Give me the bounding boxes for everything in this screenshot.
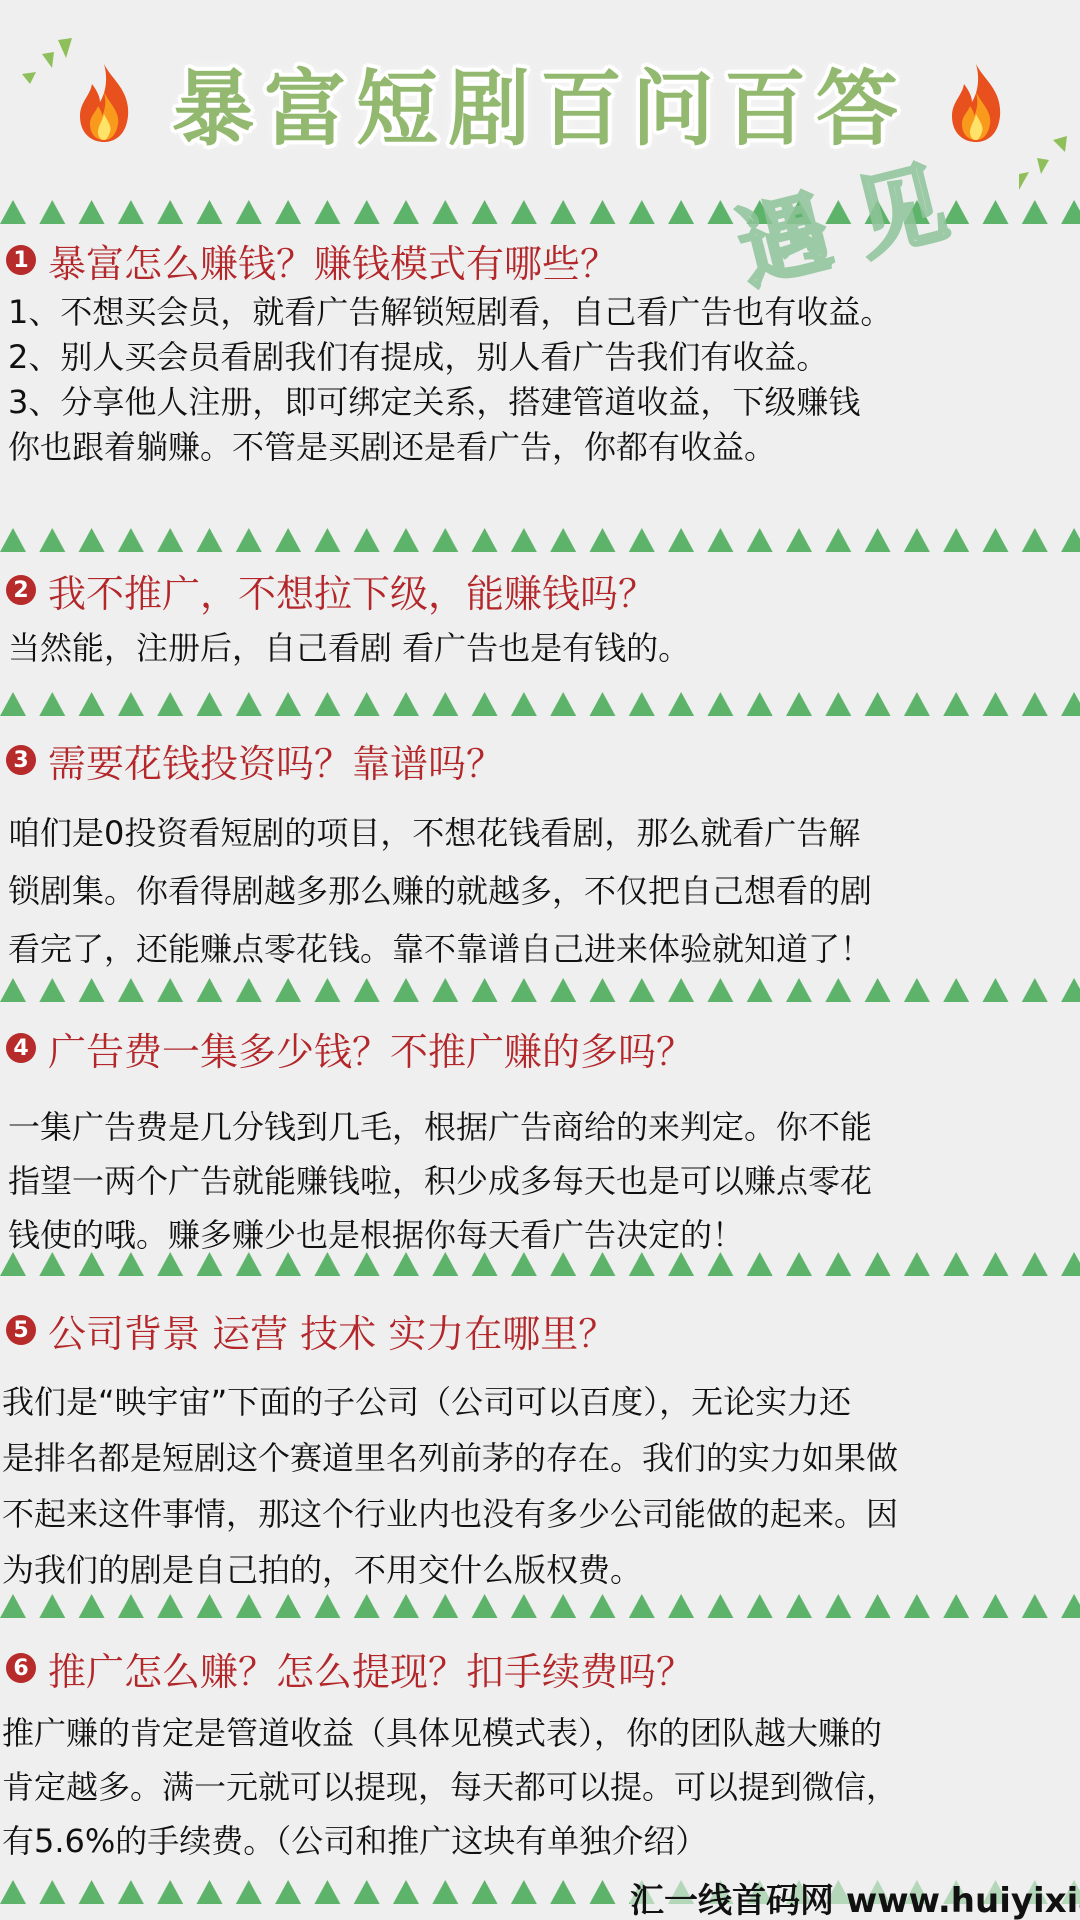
question-text: 暴富怎么赚钱？赚钱模式有哪些？: [48, 233, 618, 288]
question-row: 3 需要花钱投资吗？靠谱吗？: [0, 730, 1080, 790]
answer-line: 1、不想买会员，就看广告解锁短剧看，自己看广告也有收益。: [8, 290, 1072, 335]
answer-line: 2、别人买会员看剧我们有提成，别人看广告我们有收益。: [8, 335, 1072, 380]
answer-line: 为我们的剧是自己拍的，不用交什么版权费。: [2, 1542, 1072, 1598]
number-badge: 4: [6, 1033, 36, 1063]
triangle-divider: [0, 526, 1080, 552]
answer-line: 3、分享他人注册，即可绑定关系，搭建管道收益，下级赚钱: [8, 380, 1072, 425]
answer-line: 肯定越多。满一元就可以提现，每天都可以提。可以提到微信，: [2, 1760, 1072, 1814]
triangle-divider: [0, 198, 1080, 224]
answer-line: 有5.6%的手续费。（公司和推广这块有单独介绍）: [2, 1814, 1072, 1868]
answer-line: 推广赚的肯定是管道收益（具体见模式表），你的团队越大赚的: [2, 1706, 1072, 1760]
answer-line: 你也跟着躺赚。不管是买剧还是看广告，你都有收益。: [8, 425, 1072, 470]
answer-line: 当然能，注册后，自己看剧 看广告也是有钱的。: [8, 626, 1072, 671]
answer-text: 当然能，注册后，自己看剧 看广告也是有钱的。: [0, 626, 1080, 671]
number-badge: 6: [6, 1653, 36, 1683]
question-text: 推广怎么赚？怎么提现？扣手续费吗？: [48, 1641, 694, 1696]
answer-text: 一集广告费是几分钱到几毛，根据广告商给的来判定。你不能 指望一两个广告就能赚钱啦…: [0, 1100, 1080, 1262]
fire-icon: [944, 62, 1008, 144]
fire-icon: [72, 62, 136, 144]
sparkle-icon: [14, 18, 74, 88]
faq-section-1: 1 暴富怎么赚钱？赚钱模式有哪些？ 1、不想买会员，就看广告解锁短剧看，自己看广…: [0, 230, 1080, 470]
question-row: 1 暴富怎么赚钱？赚钱模式有哪些？: [0, 230, 1080, 290]
answer-line: 不起来这件事情，那这个行业内也没有多少公司能做的起来。因: [2, 1486, 1072, 1542]
answer-line: 看完了，还能赚点零花钱。靠不靠谱自己进来体验就知道了！: [8, 920, 1072, 978]
answer-text: 1、不想买会员，就看广告解锁短剧看，自己看广告也有收益。 2、别人买会员看剧我们…: [0, 290, 1080, 470]
answer-text: 咱们是0投资看短剧的项目，不想花钱看剧，那么就看广告解 锁剧集。你看得剧越多那么…: [0, 804, 1080, 978]
number-badge: 3: [6, 745, 36, 775]
answer-text: 我们是“映宇宙”下面的子公司（公司可以百度），无论实力还 是排名都是短剧这个赛道…: [0, 1374, 1080, 1598]
triangle-divider: [0, 690, 1080, 716]
question-text: 需要花钱投资吗？靠谱吗？: [48, 733, 504, 788]
question-text: 我不推广，不想拉下级，能赚钱吗？: [48, 563, 656, 618]
question-row: 6 推广怎么赚？怎么提现？扣手续费吗？: [0, 1638, 1080, 1698]
answer-line: 钱使的哦。赚多赚少也是根据你每天看广告决定的！: [8, 1208, 1072, 1262]
question-text: 公司背景 运营 技术 实力在哪里？: [48, 1303, 616, 1358]
sparkle-icon: [1015, 136, 1075, 206]
faq-section-3: 3 需要花钱投资吗？靠谱吗？ 咱们是0投资看短剧的项目，不想花钱看剧，那么就看广…: [0, 730, 1080, 978]
answer-line: 锁剧集。你看得剧越多那么赚的就越多，不仅把自己想看的剧: [8, 862, 1072, 920]
faq-section-4: 4 广告费一集多少钱？不推广赚的多吗？ 一集广告费是几分钱到几毛，根据广告商给的…: [0, 1018, 1080, 1262]
triangle-divider: [0, 976, 1080, 1002]
faq-section-2: 2 我不推广，不想拉下级，能赚钱吗？ 当然能，注册后，自己看剧 看广告也是有钱的…: [0, 560, 1080, 671]
number-badge: 1: [6, 245, 36, 275]
faq-section-6: 6 推广怎么赚？怎么提现？扣手续费吗？ 推广赚的肯定是管道收益（具体见模式表），…: [0, 1638, 1080, 1868]
answer-line: 我们是“映宇宙”下面的子公司（公司可以百度），无论实力还: [2, 1374, 1072, 1430]
answer-line: 咱们是0投资看短剧的项目，不想花钱看剧，那么就看广告解: [8, 804, 1072, 862]
site-watermark: 汇一线首码网 www.huiyixian.com: [630, 1873, 1080, 1920]
faq-page: 暴富短剧百问百答 遇见 1 暴富怎么赚钱？赚钱模式有哪些？ 1、不想买会员，就看…: [0, 0, 1080, 1920]
faq-section-5: 5 公司背景 运营 技术 实力在哪里？ 我们是“映宇宙”下面的子公司（公司可以百…: [0, 1300, 1080, 1598]
question-text: 广告费一集多少钱？不推广赚的多吗？: [48, 1021, 694, 1076]
page-title: 暴富短剧百问百答: [160, 52, 920, 152]
header: 暴富短剧百问百答: [0, 0, 1080, 200]
answer-line: 指望一两个广告就能赚钱啦，积少成多每天也是可以赚点零花: [8, 1154, 1072, 1208]
question-row: 2 我不推广，不想拉下级，能赚钱吗？: [0, 560, 1080, 620]
answer-line: 一集广告费是几分钱到几毛，根据广告商给的来判定。你不能: [8, 1100, 1072, 1154]
number-badge: 2: [6, 575, 36, 605]
question-row: 4 广告费一集多少钱？不推广赚的多吗？: [0, 1018, 1080, 1078]
answer-line: 是排名都是短剧这个赛道里名列前茅的存在。我们的实力如果做: [2, 1430, 1072, 1486]
answer-text: 推广赚的肯定是管道收益（具体见模式表），你的团队越大赚的 肯定越多。满一元就可以…: [0, 1706, 1080, 1868]
question-row: 5 公司背景 运营 技术 实力在哪里？: [0, 1300, 1080, 1360]
number-badge: 5: [6, 1315, 36, 1345]
